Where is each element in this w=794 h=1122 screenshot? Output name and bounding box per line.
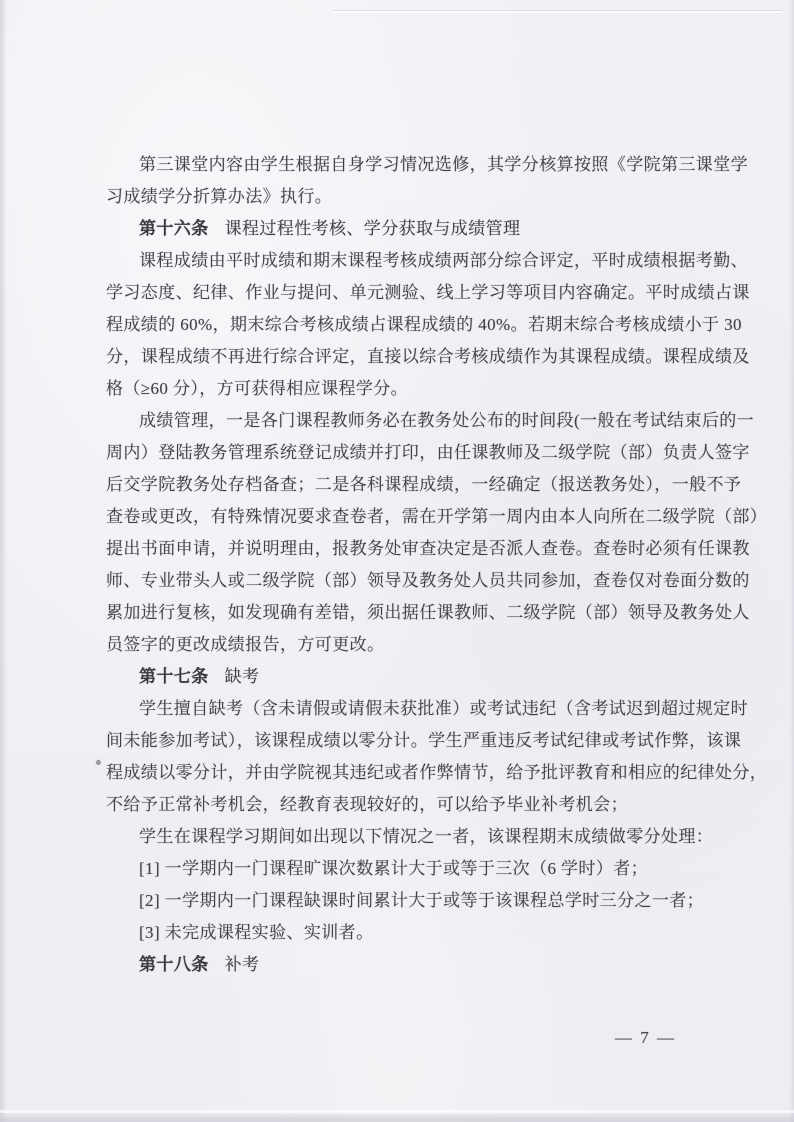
section-number: 第十六条: [139, 219, 209, 238]
paragraph-line: 累加进行复核，如发现确有差错，须出据任课教师、二级学院（部）领导及教务处人: [106, 597, 718, 629]
section-heading-17: 第十七条缺考: [106, 661, 718, 693]
scan-edge-top-streak: [333, 11, 782, 13]
scan-artifact-dot: [95, 759, 102, 766]
paragraph-line: 习成绩学分折算办法》执行。: [106, 181, 718, 213]
document-body: 第三课堂内容由学生根据自身学习情况选修，其学分核算按照《学院第三课堂学 习成绩学…: [106, 149, 718, 981]
paragraph-line: 后交学院教务处存档备查；二是各科课程成绩，一经确定（报送教务处），一般不予: [106, 469, 718, 501]
paragraph-line: 员签字的更改成绩报告，方可更改。: [106, 629, 718, 661]
list-item-1: [1] 一学期内一门课程旷课次数累计大于或等于三次（6 学时）者；: [106, 853, 718, 885]
paragraph-line: 程成绩以零分计，并由学院视其违纪或者作弊情节，给予批评教育和相应的纪律处分，: [106, 757, 718, 789]
paragraph-line: 学生在课程学习期间如出现以下情况之一者，该课程期末成绩做零分处理：: [106, 821, 718, 853]
list-item-2: [2] 一学期内一门课程缺课时间累计大于或等于该课程总学时三分之一者；: [106, 885, 718, 917]
section-title: 补考: [225, 955, 260, 974]
paragraph-line: 查卷或更改，有特殊情况要求查卷者，需在开学第一周内由本人向所在二级学院（部）: [106, 501, 718, 533]
paragraph-line: 程成绩的 60%，期末综合考核成绩占课程成绩的 40%。若期末综合考核成绩小于 …: [106, 309, 718, 341]
paragraph-line: 间未能参加考试），该课程成绩以零分计。学生严重违反考试纪律或考试作弊，该课: [106, 725, 718, 757]
paragraph-line: 周内）登陆教务管理系统登记成绩并打印，由任课教师及二级学院（部）负责人签字: [106, 437, 718, 469]
section-title: 课程过程性考核、学分获取与成绩管理: [225, 219, 521, 238]
section-number: 第十八条: [139, 955, 209, 974]
scan-edge-left: [0, 0, 7, 1122]
paragraph-line: 学生擅自缺考（含未请假或请假未获批准）或考试违纪（含考试迟到超过规定时: [106, 693, 718, 725]
page-number: — 7 —: [0, 1022, 794, 1054]
section-heading-16: 第十六条课程过程性考核、学分获取与成绩管理: [106, 213, 718, 245]
paragraph-line: 格（≥60 分），方可获得相应课程学分。: [106, 373, 718, 405]
paragraph-line: 成绩管理，一是各门课程教师务必在教务处公布的时间段(一般在考试结束后的一: [106, 405, 718, 437]
paragraph-line: 课程成绩由平时成绩和期末课程考核成绩两部分综合评定，平时成绩根据考勤、: [106, 245, 718, 277]
list-item-3: [3] 未完成课程实验、实训者。: [106, 917, 718, 949]
section-number: 第十七条: [139, 667, 209, 686]
section-heading-18: 第十八条补考: [106, 949, 718, 981]
paragraph-line: 不给予正常补考机会，经教育表现较好的，可以给予毕业补考机会；: [106, 789, 718, 821]
scanned-document-page: 第三课堂内容由学生根据自身学习情况选修，其学分核算按照《学院第三课堂学 习成绩学…: [0, 0, 794, 1122]
paragraph-line: 师、专业带头人或二级学院（部）领导及教务处人员共同参加，查卷仅对卷面分数的: [106, 565, 718, 597]
paragraph-line: 提出书面申请，并说明理由，报教务处审查决定是否派人查卷。查卷时必须有任课教: [106, 533, 718, 565]
section-title: 缺考: [225, 667, 260, 686]
paragraph-line: 学习态度、纪律、作业与提问、单元测验、线上学习等项目内容确定。平时成绩占课: [106, 277, 718, 309]
paragraph-line: 第三课堂内容由学生根据自身学习情况选修，其学分核算按照《学院第三课堂学: [106, 149, 718, 181]
scan-edge-bottom: [0, 1112, 794, 1122]
paragraph-line: 分，课程成绩不再进行综合评定，直接以综合考核成绩作为其课程成绩。课程成绩及: [106, 341, 718, 373]
scan-edge-right: [789, 0, 794, 1122]
